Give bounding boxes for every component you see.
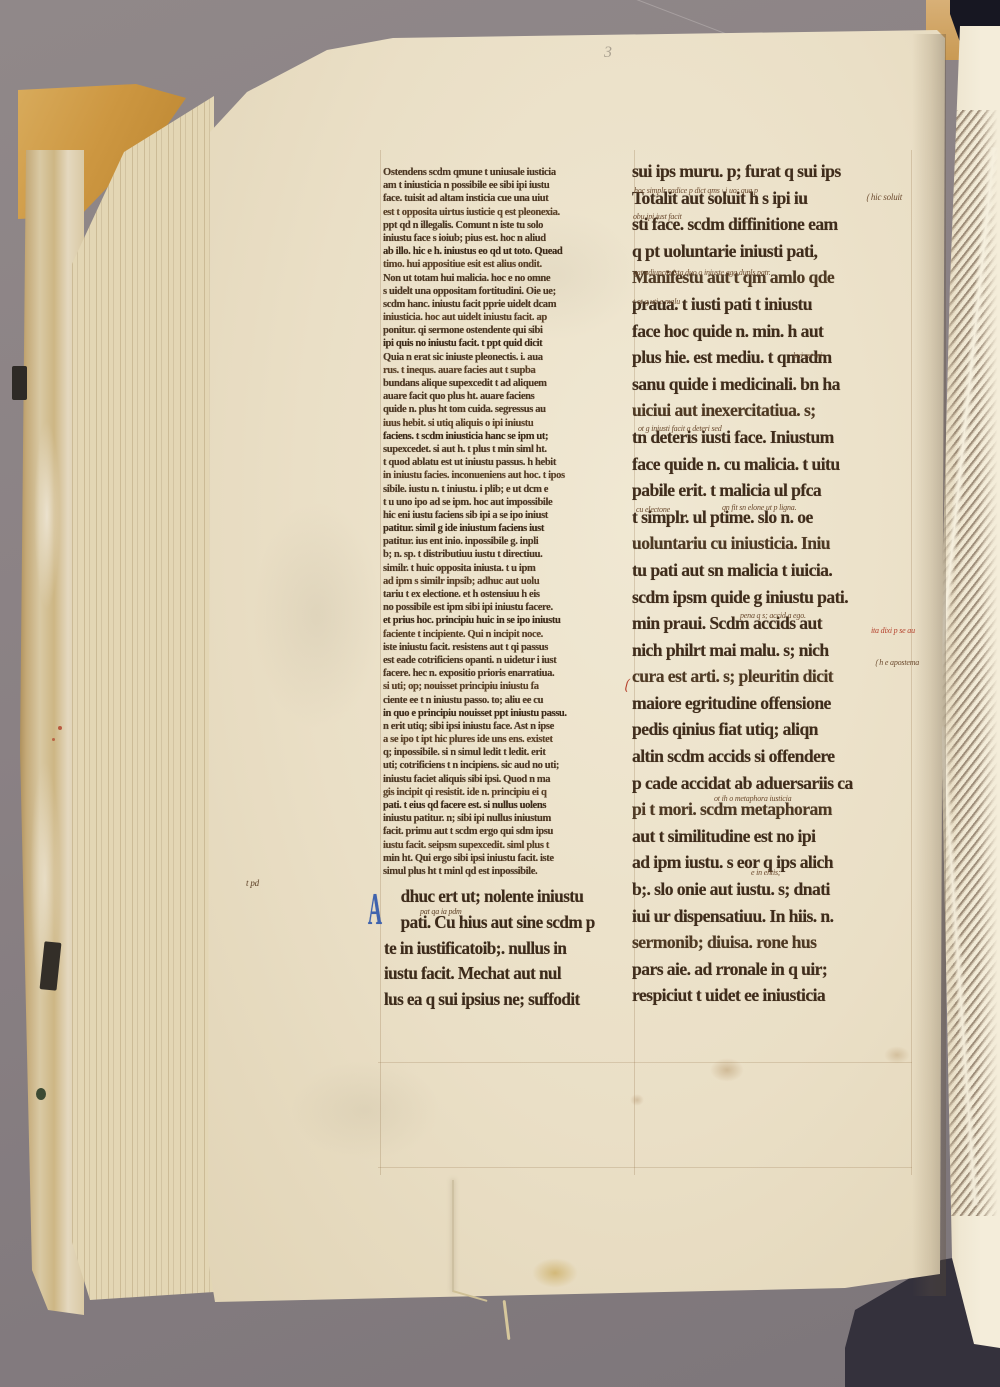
blue-initial-letter: A bbox=[368, 884, 376, 934]
text-line: b; n. sp. t distributiuu iustu t directi… bbox=[383, 548, 631, 561]
text-line: am t iniusticia n possibile ee sibi ipi … bbox=[383, 179, 631, 192]
text-line: hic eni iustu faciens sib ipi a se ipo i… bbox=[383, 509, 631, 522]
manuscript-photo: 3 Ostendens scdm qmune t uniusale iustic… bbox=[0, 0, 1000, 1387]
text-line: faciens. t scdm iniusticia hanc se ipm u… bbox=[383, 430, 631, 443]
text-line: iste iniustu facit. resistens aut t qi p… bbox=[383, 641, 631, 654]
text-line: quide n. plus ht tom cuida. segressus au bbox=[383, 403, 631, 416]
text-line: in iniustu facies. inconueniens aut hoc.… bbox=[383, 469, 631, 482]
ruling-line-horizontal bbox=[378, 1167, 912, 1168]
text-line: scdm hanc. iniustu facit pprie uidelt dc… bbox=[383, 298, 631, 311]
gloss-annotation: qat adiuncta ista duo o iniuste aga dupl… bbox=[633, 268, 771, 277]
gloss-annotation: ⟮ hic soluit bbox=[866, 192, 902, 203]
text-line: ad ipm s similr inpsib; adhuc aut uolu bbox=[383, 575, 631, 588]
text-line: sui ips muru. p; furat q sui ips bbox=[632, 158, 909, 185]
page-content-layer: 3 Ostendens scdm qmune t uniusale iustic… bbox=[0, 0, 1000, 1387]
left-column-main-text: dhuc ert ut; nolente iniustupati. Cu hiu… bbox=[384, 884, 636, 1013]
gloss-annotation: qn fit sn elone ut p ligna. bbox=[722, 503, 796, 512]
text-line: Ostendens scdm qmune t uniusale iusticia bbox=[383, 166, 631, 179]
text-line: pars aie. ad rronale in q uir; bbox=[632, 956, 909, 983]
text-line: a se ipo t ipt hic plures ide uns ens. e… bbox=[383, 733, 631, 746]
gloss-annotation: cu electone bbox=[636, 505, 670, 514]
text-line: q; inpossibile. si n simul ledit t ledit… bbox=[383, 746, 631, 759]
text-line: iniustu faciet aliquis sibi ipsi. Quod n… bbox=[383, 773, 631, 786]
text-line: uoluntariu cu iniusticia. Iniu bbox=[632, 530, 909, 557]
text-line: similr. t huic opposita iniusta. t u ipm bbox=[383, 562, 631, 575]
vellum-mottling bbox=[252, 500, 382, 730]
gloss-annotation: e in ehtis; bbox=[751, 868, 780, 877]
gloss-annotation: t ot q uti e malu bbox=[633, 297, 680, 306]
gloss-annotation: ot ih o metaphora iusticia bbox=[714, 794, 791, 803]
text-line: iustu facit. Mechat aut nul bbox=[384, 961, 631, 987]
text-line: cura est arti. s; pleuritin dicit bbox=[632, 663, 909, 690]
text-line: rus. t inequs. auare facies aut t supba bbox=[383, 364, 631, 377]
gloss-annotation: hui est mi bbox=[793, 351, 822, 360]
text-line: ipi quis no iniustu facit. t ppt quid di… bbox=[383, 337, 631, 350]
text-line: et prius hoc. principiu huic in se ipo i… bbox=[383, 614, 631, 627]
gloss-annotation: pat qa ia pdm bbox=[420, 907, 462, 916]
gloss-annotation: ita dixi p se au bbox=[871, 626, 915, 635]
right-column-main-text: sui ips muru. p; furat q sui ipsTotalit … bbox=[632, 158, 915, 1009]
text-line: est t opposita uirtus iusticie q est ple… bbox=[383, 206, 631, 219]
text-line: faciente t incipiente. Qui n incipit noc… bbox=[383, 628, 631, 641]
text-line: no possibile est ipm sibi ipi iniustu fa… bbox=[383, 601, 631, 614]
text-line: sermonib; diuisa. rone hus bbox=[632, 929, 909, 956]
text-line: uti; cotrificiens t n incipiens. sic aud… bbox=[383, 759, 631, 772]
text-line: tu pati aut sn malicia t iuicia. bbox=[632, 557, 909, 584]
text-line: patitur. simil g ide iniustum faciens iu… bbox=[383, 522, 631, 535]
text-line: te in iustificatoib;. nullus in bbox=[384, 936, 631, 962]
text-line: altin scdm accids si offendere bbox=[632, 743, 909, 770]
text-line: maiore egritudine offensione bbox=[632, 690, 909, 717]
text-line: respiciut t uidet ee iniusticia bbox=[632, 982, 909, 1009]
text-line: t u uno ipo ad se ipm. hoc aut impossibi… bbox=[383, 496, 631, 509]
page-stain bbox=[532, 1258, 578, 1288]
ruling-line-vertical bbox=[380, 150, 381, 1175]
text-line: scdm ipsm quide g iniustu pati. bbox=[632, 584, 909, 611]
text-line: iniustu patitur. n; sibi ipi nullus iniu… bbox=[383, 812, 631, 825]
gloss-annotation: ot g iniusti facit a deteri sed bbox=[638, 424, 722, 433]
text-line: facit. primu aut t scdm ergo qui sdm ips… bbox=[383, 825, 631, 838]
text-line: ppt qd n illegalis. Comunt n iste tu sol… bbox=[383, 219, 631, 232]
text-line: b;. slo onie aut iustu. s; dnati bbox=[632, 876, 909, 903]
gloss-annotation: obu ipi iust facit bbox=[633, 212, 682, 221]
page-stain bbox=[710, 1058, 744, 1082]
text-line: aut t similitudine est no ipi bbox=[632, 823, 909, 850]
text-line: iui ur dispensatiuu. In hiis. n. bbox=[632, 903, 909, 930]
text-line: supexcedet. si aut h. t plus t min siml … bbox=[383, 443, 631, 456]
text-line: simul plus ht t minl qd est inpossibile. bbox=[383, 865, 631, 878]
text-line: dhuc ert ut; nolente iniustu bbox=[384, 884, 631, 910]
text-line: patitur. ius ent inio. inpossibile g. in… bbox=[383, 535, 631, 548]
text-line: iustu facit. seipsm supexcedit. siml plu… bbox=[383, 839, 631, 852]
gloss-annotation: ⟮ bbox=[624, 678, 628, 694]
text-line: sanu quide i medicinali. bn ha bbox=[632, 371, 909, 398]
text-line: facere. hec n. expositio prioris enarrat… bbox=[383, 667, 631, 680]
gloss-annotation: hoc simplr radice p dict qms · i uo; qua… bbox=[634, 186, 758, 195]
text-line: s uidelt una oppositam fortitudini. Oie … bbox=[383, 285, 631, 298]
text-line: p cade accidat ab aduersariis ca bbox=[632, 770, 909, 797]
text-line: nich philrt mai malu. s; nich bbox=[632, 637, 909, 664]
page-stain bbox=[884, 1046, 910, 1064]
folio-pencil-number: 3 bbox=[604, 44, 612, 62]
gloss-annotation: pena q s; accid a ego. bbox=[740, 611, 806, 620]
text-line: timo. hui appositiue esit est alius ondi… bbox=[383, 258, 631, 271]
text-line: face. tuisit ad altam insticia cue una u… bbox=[383, 192, 631, 205]
left-column-commentary: Ostendens scdm qmune t uniusale iusticia… bbox=[383, 166, 636, 878]
page-fold-crease bbox=[452, 1180, 454, 1292]
text-line: min ht. Qui ergo sibi ipsi iniustu facit… bbox=[383, 852, 631, 865]
text-line: iniusticia. hoc aut uidelt iniustu facit… bbox=[383, 311, 631, 324]
text-line: q pt uoluntarie iniusti pati, bbox=[632, 238, 909, 265]
text-line: in quo e principiu nouisset ppt iniustu … bbox=[383, 707, 631, 720]
text-line: pedis qinius fiat utiq; aliqn bbox=[632, 716, 909, 743]
text-line: iuus hebit. si utiq aliquis o ipi iniust… bbox=[383, 417, 631, 430]
text-line: face hoc quide n. min. h aut bbox=[632, 318, 909, 345]
text-line: ab illo. hic e h. iniustus eo qd ut toto… bbox=[383, 245, 631, 258]
vellum-mottling bbox=[290, 1060, 440, 1160]
text-line: sibile. iustu n. t iniustu. i plib; e ut… bbox=[383, 483, 631, 496]
text-line: plus hie. est mediu. t qmadm bbox=[632, 344, 909, 371]
text-line: tariu t ex electione. et h ostensiuu h e… bbox=[383, 588, 631, 601]
text-line: Non ut totam hui malicia. hoc e no omne bbox=[383, 272, 631, 285]
text-line: gis incipit qi resistit. ide n. principi… bbox=[383, 786, 631, 799]
text-line: pati. t eius qd facere est. si nullus uo… bbox=[383, 799, 631, 812]
gloss-annotation: ⟮ h e apostema bbox=[875, 658, 919, 668]
text-line: ponitur. qi sermone ostendente qui sibi bbox=[383, 324, 631, 337]
text-line: Quia n erat sic iniuste pleonectis. i. a… bbox=[383, 351, 631, 364]
ruling-line-horizontal bbox=[378, 1062, 912, 1063]
text-line: face quide n. cu malicia. t uitu bbox=[632, 451, 909, 478]
text-line: n erit utiq; sibi ipsi iniustu face. Ast… bbox=[383, 720, 631, 733]
gloss-annotation: t pd bbox=[246, 878, 259, 888]
text-line: si uti; op; nouisset principiu iniustu f… bbox=[383, 680, 631, 693]
text-line: ciente ee t n iniustu passo. to; aliu ee… bbox=[383, 694, 631, 707]
text-line: lus ea q sui ipsius ne; suffodit bbox=[384, 987, 631, 1013]
text-line: uiciui aut inexercitatiua. s; bbox=[632, 397, 909, 424]
page-stain bbox=[630, 1094, 644, 1106]
text-line: pabile erit. t malicia ul pfca bbox=[632, 477, 909, 504]
text-line: t quod ablatu est ut iniustu passus. h h… bbox=[383, 456, 631, 469]
text-line: auare facit quo plus ht. auare faciens bbox=[383, 390, 631, 403]
text-line: est eade cotrificiens opanti. n uidetur … bbox=[383, 654, 631, 667]
text-line: bundans alique supexcedit t ad aliquem bbox=[383, 377, 631, 390]
text-line: iniustu face s ioiub; pius est. hoc n al… bbox=[383, 232, 631, 245]
